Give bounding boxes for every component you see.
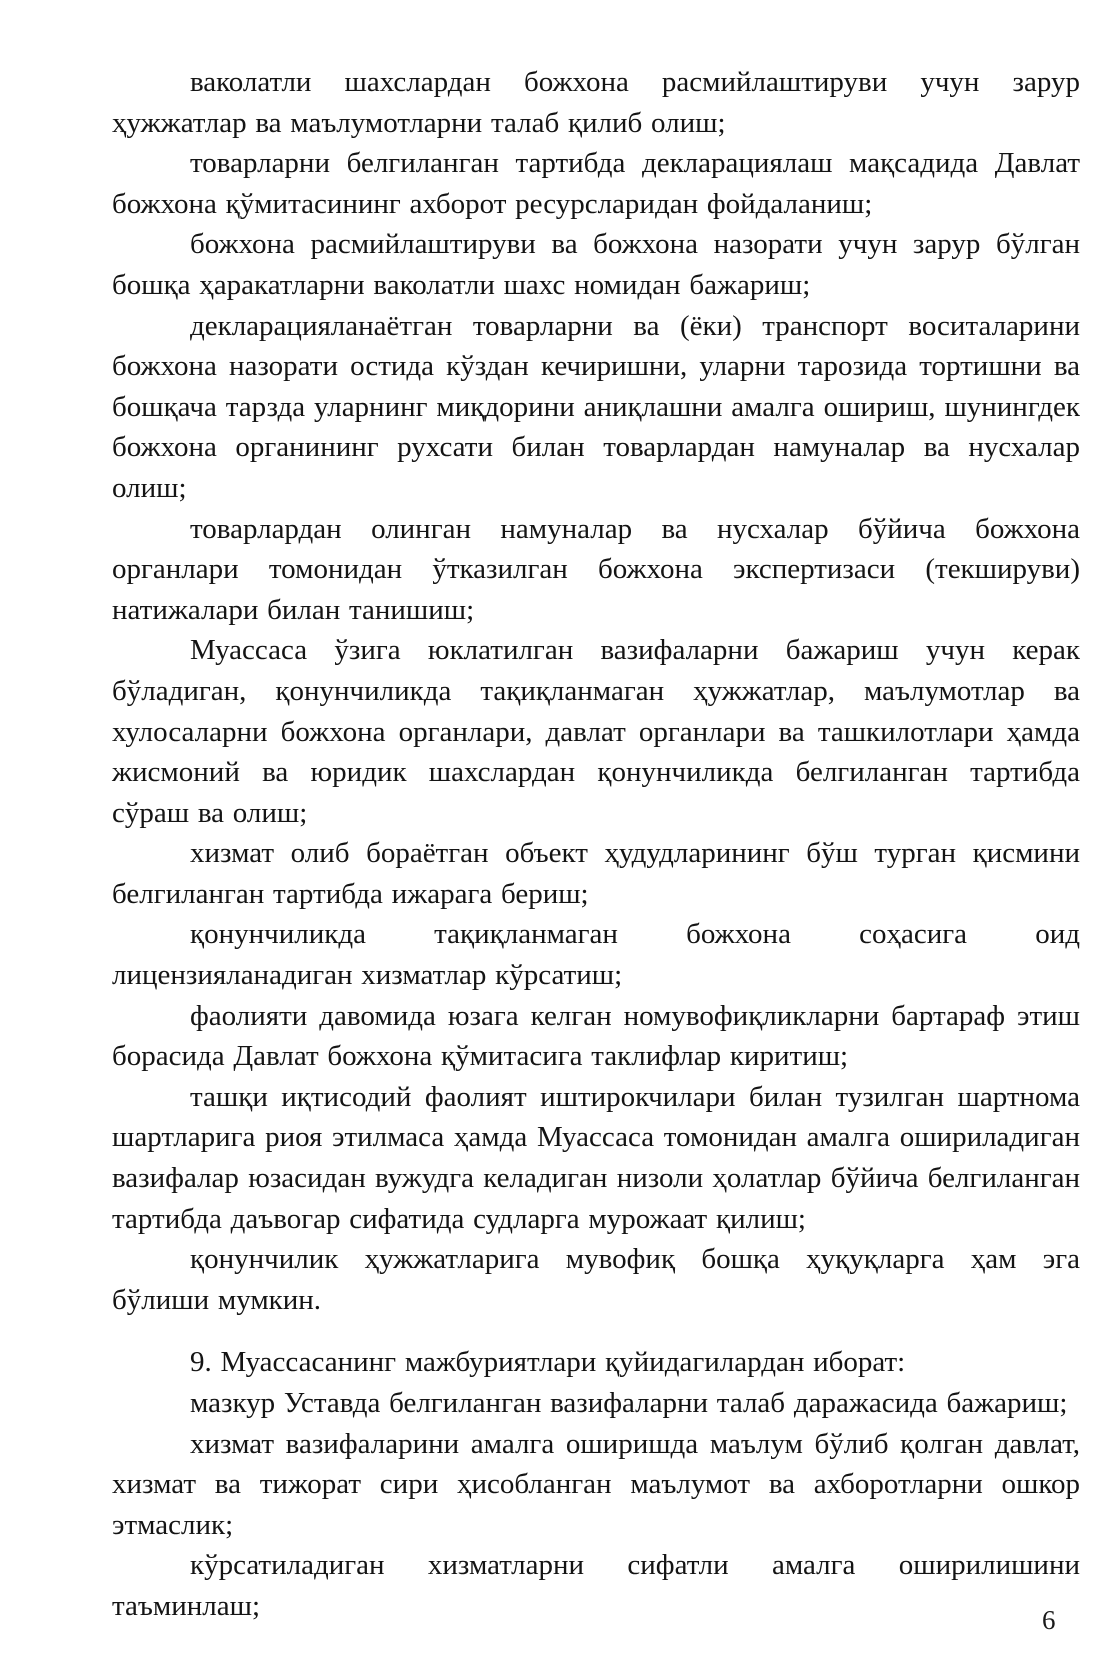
paragraph: хизмат вазифаларини амалга оширишда маъл…	[112, 1424, 1080, 1546]
paragraph: қонунчилик ҳужжатларига мувофиқ бошқа ҳу…	[112, 1239, 1080, 1320]
paragraph: ташқи иқтисодий фаолият иштирокчилари би…	[112, 1077, 1080, 1239]
paragraph: хизмат олиб бораётган объект ҳудудларини…	[112, 833, 1080, 914]
paragraph: кўрсатиладиган хизматларни сифатли амалг…	[112, 1545, 1080, 1626]
paragraph: мазкур Уставда белгиланган вазифаларни т…	[112, 1383, 1080, 1424]
paragraph: ваколатли шахслардан божхона расмийлашти…	[112, 62, 1080, 143]
paragraph: қонунчиликда тақиқланмаган божхона соҳас…	[112, 914, 1080, 995]
paragraph: товарлардан олинган намуналар ва нусхала…	[112, 509, 1080, 631]
paragraph: фаолияти давомида юзага келган номувофиқ…	[112, 996, 1080, 1077]
paragraph: декларацияланаётган товарларни ва (ёки) …	[112, 306, 1080, 509]
paragraph: божхона расмийлаштируви ва божхона назор…	[112, 224, 1080, 305]
document-body: ваколатли шахслардан божхона расмийлашти…	[112, 62, 1080, 1627]
document-page: ваколатли шахслардан божхона расмийлашти…	[0, 0, 1111, 1666]
section-9-heading: 9. Муассасанинг мажбуриятлари қуйидагила…	[112, 1342, 1080, 1383]
page-number: 6	[1042, 1604, 1056, 1636]
paragraph: Муассаса ўзига юклатилган вазифаларни ба…	[112, 630, 1080, 833]
paragraph: товарларни белгиланган тартибда декларац…	[112, 143, 1080, 224]
